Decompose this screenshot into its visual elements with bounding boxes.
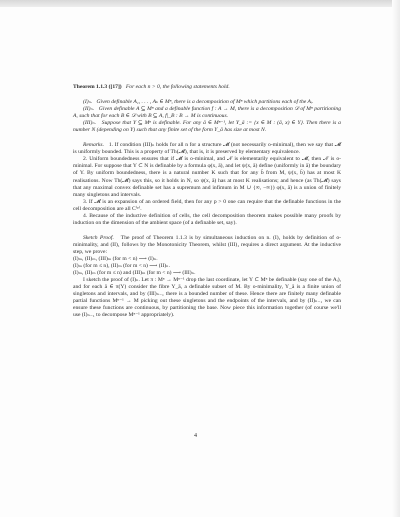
- theorem-item-2: (II)ₙ. Given definable A ⊆ Mⁿ and a defi…: [73, 106, 341, 120]
- item-label: (III)ₙ.: [83, 120, 100, 126]
- item-label: (II)ₙ.: [83, 106, 97, 112]
- theorem-item-3: (III)ₙ. Suppose that Y ⊆ Mⁿ is definable…: [73, 120, 341, 134]
- item-text: Given definable A₁, . . . , Aₖ ∈ Mⁿ, the…: [96, 99, 313, 105]
- page-number: 4: [194, 433, 197, 439]
- scan-edge-right: [392, 0, 400, 517]
- item-text: Given definable A ⊆ Mⁿ and a definable f…: [73, 106, 341, 119]
- theorem-text: For each n > 0, the following statements…: [126, 84, 230, 90]
- proof-label: Sketch Proof.: [83, 235, 119, 241]
- proof-body: I sketch the proof of (I)ₙ. Let π : Mⁿ →…: [73, 277, 341, 319]
- remarks-label: Remarks.: [83, 142, 107, 148]
- document-page: Theorem 1.1.3 ([17]) For each n > 0, the…: [73, 84, 341, 319]
- remark-2: 2. Uniform boundedness ensures that if 𝓜…: [73, 156, 341, 198]
- proof-intro: Sketch Proof. The proof of Theorem 1.1.3…: [73, 235, 341, 256]
- item-label: (I)ₙ.: [83, 99, 95, 105]
- remark-text: 1. If condition (III)ₙ holds for all n f…: [73, 142, 341, 155]
- theorem-statement: Theorem 1.1.3 ([17]) For each n > 0, the…: [73, 84, 341, 91]
- remark-4: 4. Because of the inductive definition o…: [73, 213, 341, 227]
- theorem-label: Theorem 1.1.3 ([17]): [73, 84, 124, 90]
- scan-edge-top: [0, 0, 400, 7]
- item-text: Suppose that Y ⊆ Mⁿ is definable. For an…: [73, 120, 341, 133]
- proof-step-1: (I)ₘ, (II)ₘ, (III)ₘ (for m < n) ⟶ (I)ₙ.: [73, 256, 341, 263]
- remark-1: Remarks. 1. If condition (III)ₙ holds fo…: [73, 142, 341, 156]
- remark-3: 3. If 𝓜 is an expansion of an ordered fi…: [73, 199, 341, 213]
